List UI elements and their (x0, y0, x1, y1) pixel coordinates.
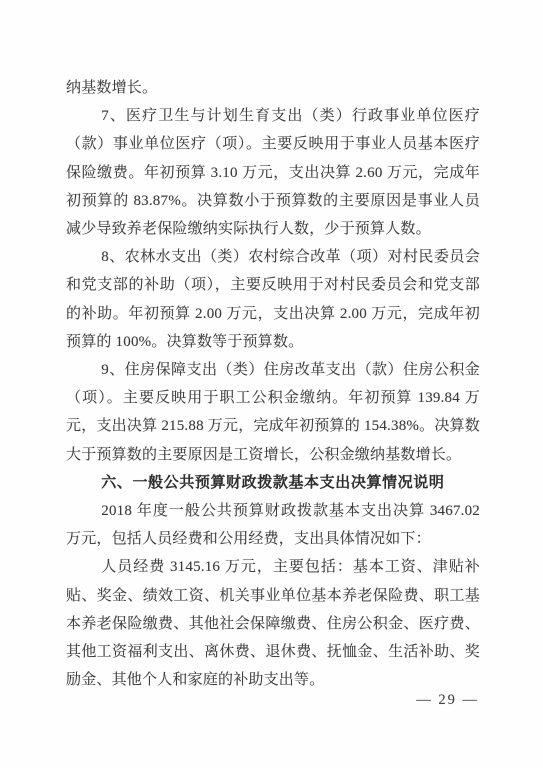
paragraph: 2018 年度一般公共预算财政拨款基本支出决算 3467.02 万元，包括人员经… (66, 497, 480, 553)
page-content: 纳基数增长。7、医疗卫生与计划生育支出（类）行政事业单位医疗（款）事业单位医疗（… (66, 74, 480, 694)
section-heading: 六、一般公共预算财政拨款基本支出决算情况说明 (66, 469, 480, 497)
document-page: 纳基数增长。7、医疗卫生与计划生育支出（类）行政事业单位医疗（款）事业单位医疗（… (0, 0, 543, 768)
paragraph: 纳基数增长。 (66, 74, 480, 102)
paragraph: 9、住房保障支出（类）住房改革支出（款）住房公积金（项）。主要反映用于职工公积金… (66, 356, 480, 469)
paragraph: 人员经费 3145.16 万元，主要包括：基本工资、津贴补贴、奖金、绩效工资、机… (66, 553, 480, 694)
paragraph: 7、医疗卫生与计划生育支出（类）行政事业单位医疗（款）事业单位医疗（项）。主要反… (66, 102, 480, 243)
paragraph: 8、农林水支出（类）农村综合改革（项）对村民委员会和党支部的补助（项），主要反映… (66, 243, 480, 356)
page-number: — 29 — (416, 692, 479, 709)
